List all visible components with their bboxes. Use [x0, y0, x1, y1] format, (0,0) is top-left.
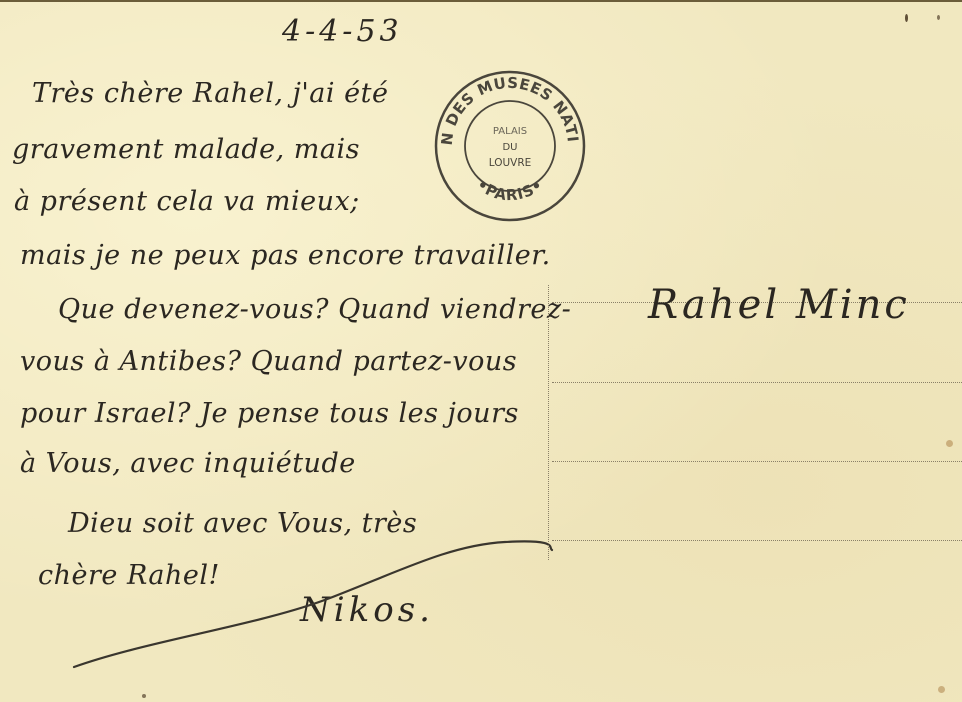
message-line: à Vous, avec inquiétude [20, 448, 356, 479]
message-line: à présent cela va mieux; [14, 186, 360, 217]
stamp-bottom-text: •PARIS• [473, 175, 547, 204]
addressee-name: Rahel Minc [648, 282, 910, 328]
message-line: Très chère Rahel, j'ai été [32, 78, 388, 109]
vertical-divider [548, 285, 549, 560]
svg-text:•PARIS•: •PARIS• [473, 175, 547, 204]
paper-blemish [946, 440, 953, 447]
message-line: chère Rahel! [38, 560, 220, 591]
stamp-inner-line: DU [502, 142, 517, 153]
museum-stamp: EDITION DES MUSEES NATIONAUX •PARIS• PAL… [432, 68, 588, 224]
message-line: pour Israel? Je pense tous les jours [20, 398, 519, 429]
stamp-inner-line: LOUVRE [489, 157, 532, 169]
message-line: mais je ne peux pas encore travailler. [20, 240, 551, 271]
address-line [552, 382, 962, 383]
signature: Nikos. [300, 590, 434, 630]
paper-blemish [938, 686, 945, 693]
address-line [552, 461, 962, 462]
paper-blemish [937, 15, 940, 20]
postcard-back: 4-4-53 Très chère Rahel, j'ai été gravem… [0, 0, 962, 702]
address-line [552, 540, 962, 541]
stamp-inner-line: PALAIS [493, 126, 527, 137]
paper-blemish [905, 14, 908, 22]
message-line: vous à Antibes? Quand partez-vous [20, 346, 517, 377]
message-line: Dieu soit avec Vous, très [68, 508, 417, 539]
message-line: Que devenez-vous? Quand viendrez- [58, 294, 571, 325]
paper-blemish [142, 694, 146, 698]
date: 4-4-53 [282, 14, 403, 49]
message-line: gravement malade, mais [12, 134, 360, 165]
